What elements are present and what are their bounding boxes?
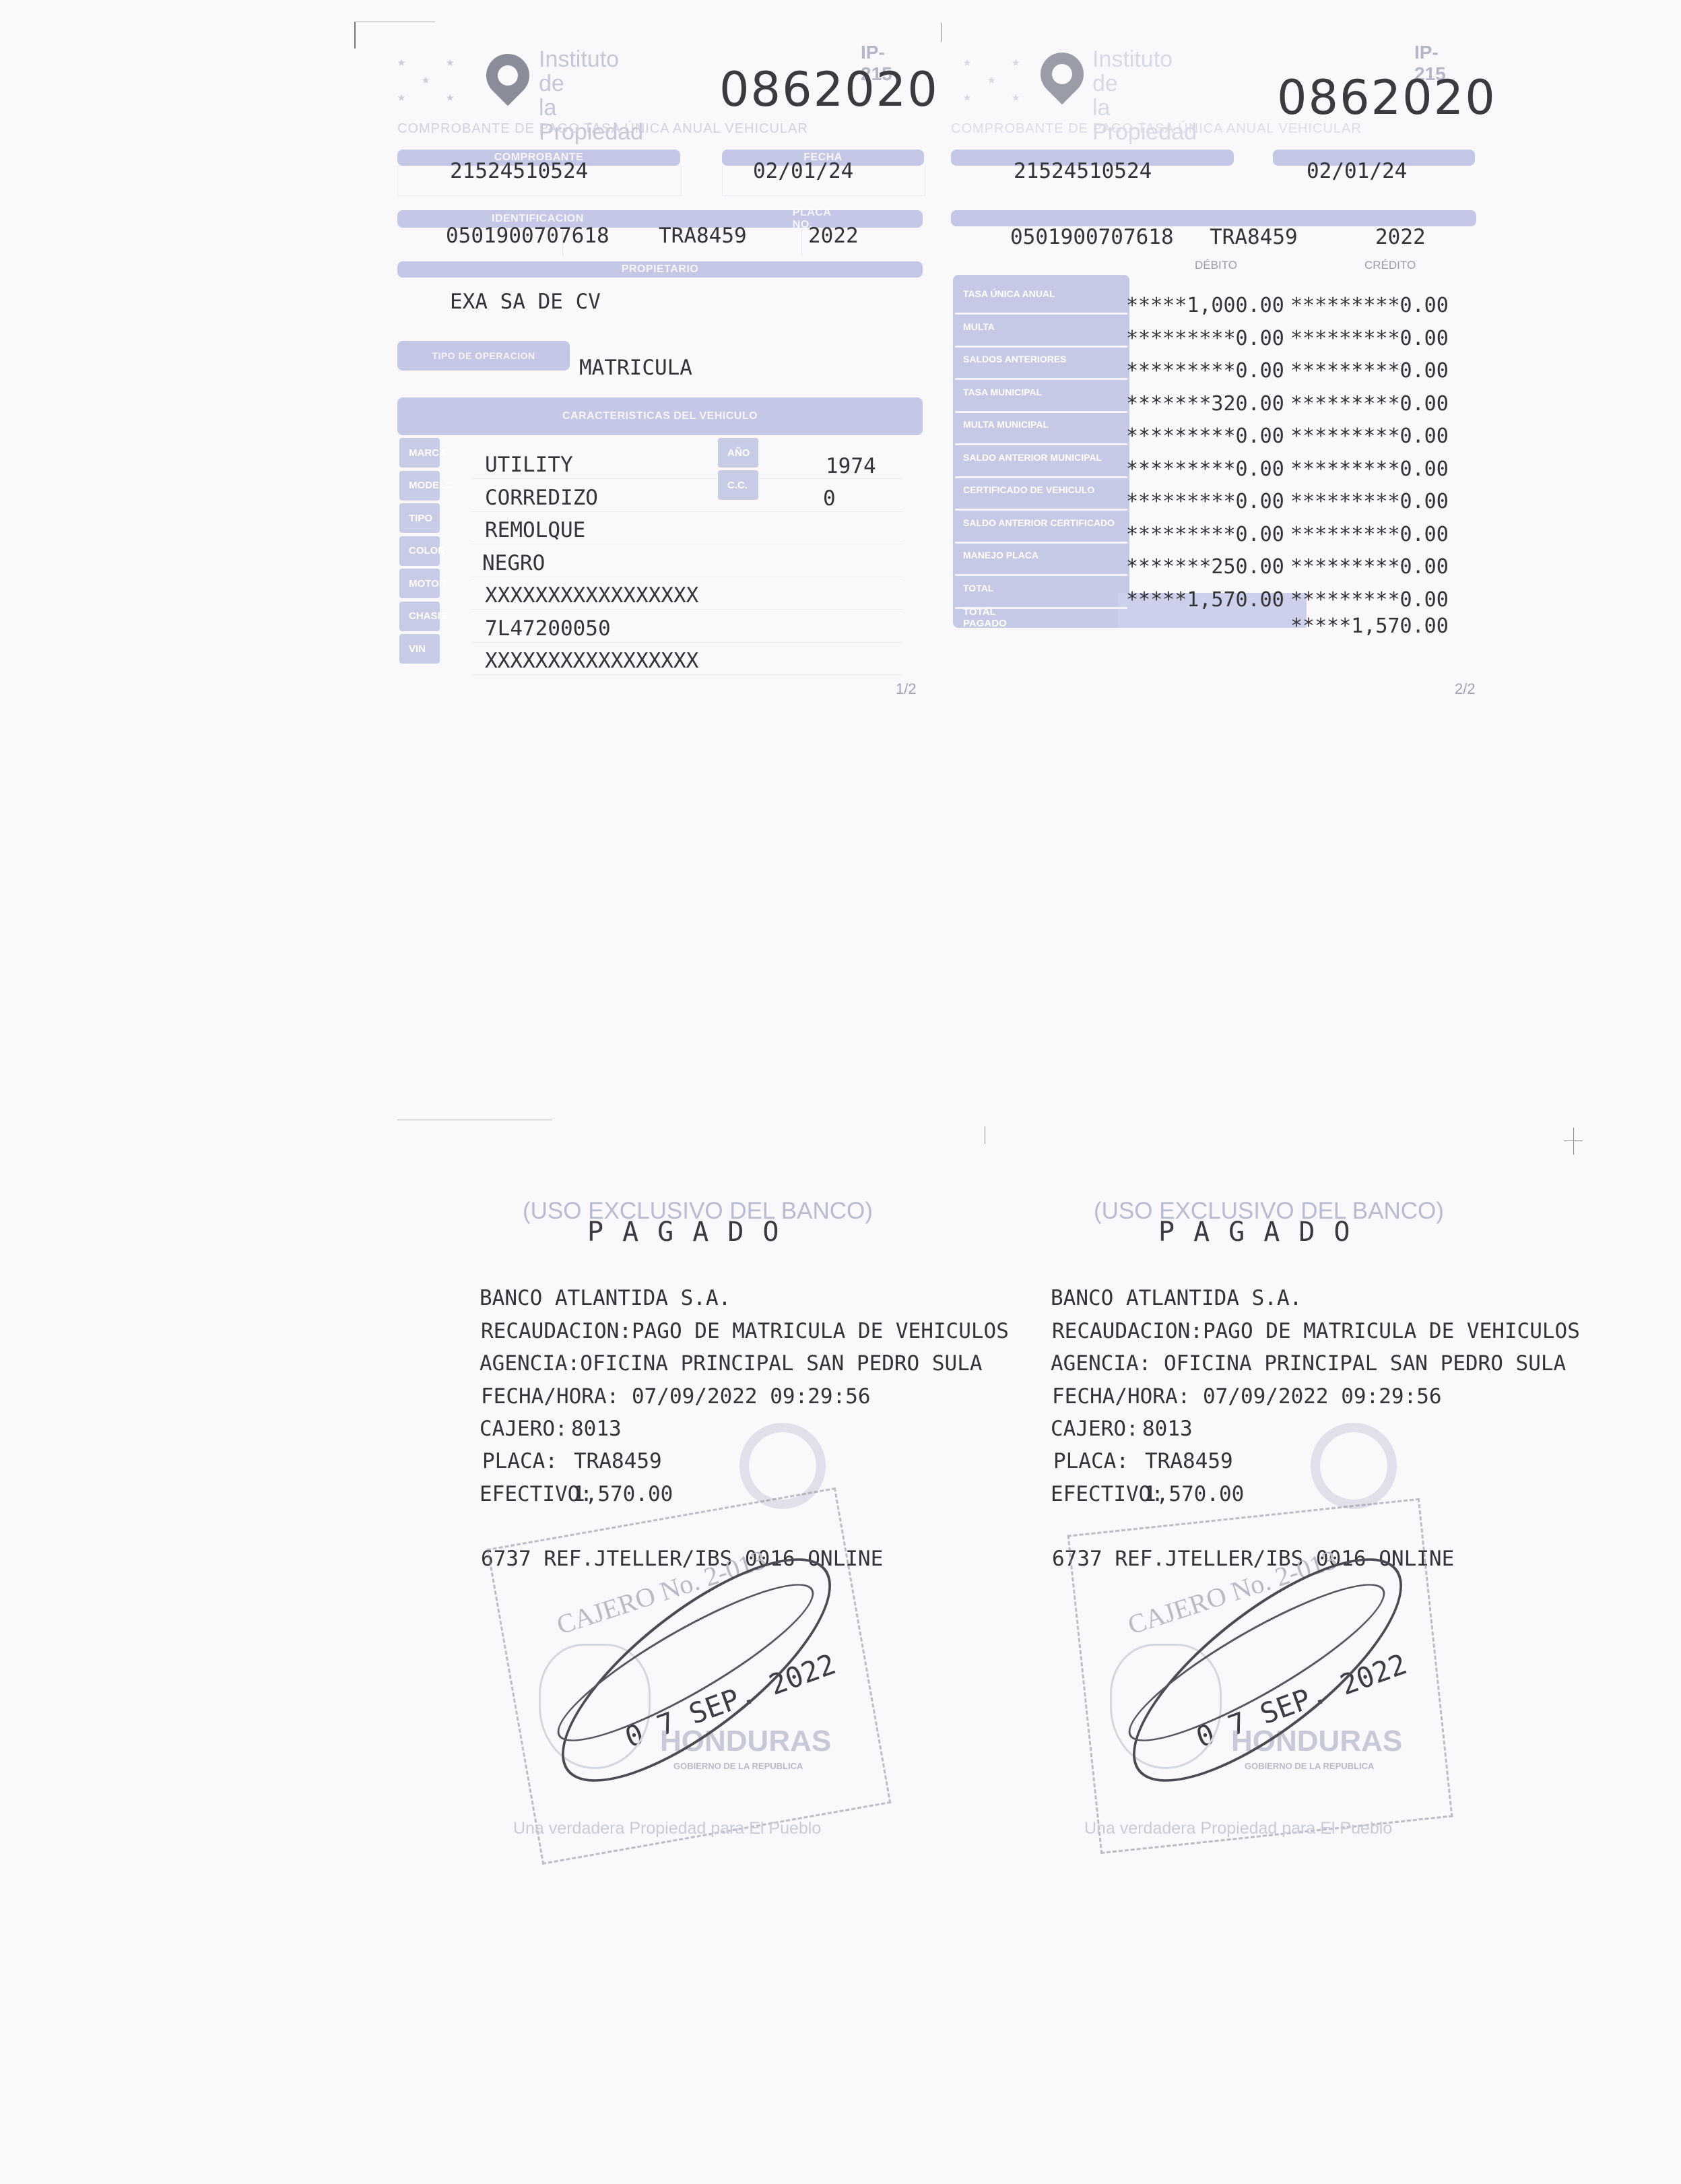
debit-amount: *****1,000.00 xyxy=(1126,294,1284,317)
agencia-line: AGENCIA: OFICINA PRINCIPAL SAN PEDRO SUL… xyxy=(1051,1347,1566,1380)
credit-amount: *********0.00 xyxy=(1290,424,1449,448)
recaudacion-line: RECAUDACION:PAGO DE MATRICULA DE VEHICUL… xyxy=(1052,1315,1580,1348)
placa-label: PLACA: xyxy=(482,1445,558,1478)
credit-amount: *********0.00 xyxy=(1290,392,1449,416)
credit-amount: *********0.00 xyxy=(1290,523,1449,546)
caracteristicas-band: CARACTERISTICAS DEL VEHICULO xyxy=(397,397,923,435)
vehicle-cc-value: 0 xyxy=(823,486,836,511)
propiedad-logo-icon xyxy=(477,45,539,106)
folio-number: 0862020 xyxy=(1277,70,1496,125)
watermark-ring-icon xyxy=(1311,1423,1397,1509)
gobierno-text: GOBIERNO DE LA REPUBLICA xyxy=(673,1761,803,1771)
identificacion-value: 0501900707618 xyxy=(446,224,609,248)
propietario-band: PROPIETARIO xyxy=(397,261,923,278)
placa-value: TRA8459 xyxy=(1145,1445,1233,1478)
crop-mark xyxy=(1564,1141,1583,1141)
vehicle-field-value: XXXXXXXXXXXXXXXXX xyxy=(485,649,698,673)
tipo-operacion-label: TIPO DE OPERACION xyxy=(397,341,570,371)
credit-amount: *********0.00 xyxy=(1290,555,1449,579)
charge-label: MULTA xyxy=(963,321,995,332)
pagado-status: PAGADO xyxy=(587,1217,798,1248)
charge-label: TASA MUNICIPAL xyxy=(963,387,1042,397)
slogan: Una verdadera Propiedad para El Pueblo xyxy=(1084,1819,1392,1838)
debit-amount: *********0.00 xyxy=(1126,490,1284,513)
charge-label: MULTA MUNICIPAL xyxy=(963,419,1049,430)
fecha-hora-line: FECHA/HORA: 07/09/2022 09:29:56 xyxy=(481,1380,871,1413)
debit-amount: *******320.00 xyxy=(1126,392,1284,416)
placa-label: PLACA: xyxy=(1053,1445,1129,1478)
vehicle-anio-value: 1974 xyxy=(826,454,876,478)
crop-mark xyxy=(1573,1128,1574,1155)
crop-mark xyxy=(354,22,356,49)
crop-mark xyxy=(941,23,942,42)
gobierno-text: GOBIERNO DE LA REPUBLICA xyxy=(1245,1761,1374,1771)
recaudacion-line: RECAUDACION:PAGO DE MATRICULA DE VEHICUL… xyxy=(481,1315,1009,1348)
cajero-value: 8013 xyxy=(1142,1413,1193,1446)
vehicle-field-value: REMOLQUE xyxy=(485,518,585,542)
vehicle-field-label: COLOR xyxy=(399,536,440,566)
debit-amount: *********0.00 xyxy=(1126,457,1284,481)
vehicle-field-label: MOTOR xyxy=(399,569,440,598)
vehicle-field-value: NEGRO xyxy=(482,551,545,575)
vehicle-field-label: VIN xyxy=(399,634,440,664)
comprobante-value: 21524510524 xyxy=(450,159,588,183)
total-pagado-label: TOTAL PAGADO xyxy=(963,606,1007,629)
honduras-stars-icon: ★ ★ ★★ ★ xyxy=(963,53,1037,106)
charge-label: SALDO ANTERIOR MUNICIPAL xyxy=(963,452,1102,463)
total-pagado-value: *****1,570.00 xyxy=(1290,614,1449,638)
identificacion-value: 0501900707618 xyxy=(1010,225,1174,249)
debit-amount: *****1,570.00 xyxy=(1126,588,1284,612)
vehicle-field-label: MARCA xyxy=(399,438,440,468)
vehicle-field-value: 7L47200050 xyxy=(485,616,611,641)
charge-label: SALDO ANTERIOR CERTIFICADO xyxy=(963,517,1115,528)
efectivo-value: 1,570.00 xyxy=(572,1478,673,1511)
credit-amount: *********0.00 xyxy=(1290,294,1449,317)
debit-amount: *********0.00 xyxy=(1126,327,1284,350)
crop-mark xyxy=(354,22,435,22)
receipt-subtitle: COMPROBANTE DE PAGO TASA ÚNICA ANUAL VEH… xyxy=(397,121,808,137)
charge-label: MANEJO PLACA xyxy=(963,550,1039,560)
bank-name: BANCO ATLANTIDA S.A. xyxy=(480,1282,731,1315)
fecha-value: 02/01/24 xyxy=(753,159,853,183)
placa-value: TRA8459 xyxy=(574,1445,662,1478)
tipo-operacion-value: MATRICULA xyxy=(579,356,692,380)
receipt-subtitle: COMPROBANTE DE PAGO TASA ÚNICA ANUAL VEH… xyxy=(951,121,1362,137)
debit-amount: *********0.00 xyxy=(1126,359,1284,383)
charge-label: TOTAL xyxy=(963,583,993,593)
debit-amount: *******250.00 xyxy=(1126,555,1284,579)
credit-header: CRÉDITO xyxy=(1364,259,1416,272)
cajero-label: CAJERO: xyxy=(480,1413,568,1446)
credit-amount: *********0.00 xyxy=(1290,457,1449,481)
debit-amount: *********0.00 xyxy=(1126,523,1284,546)
vehicle-field-value: CORREDIZO xyxy=(485,486,598,510)
folio-number: 0862020 xyxy=(719,62,939,117)
honduras-stars-icon: ★ ★ ★★ ★ xyxy=(397,53,471,106)
agencia-line: AGENCIA:OFICINA PRINCIPAL SAN PEDRO SULA xyxy=(480,1347,983,1380)
vehicle-field-label: TIPO xyxy=(399,503,440,533)
debit-header: DÉBITO xyxy=(1195,259,1237,272)
cajero-value: 8013 xyxy=(571,1413,622,1446)
vehicle-field-value: UTILITY xyxy=(485,453,573,477)
crop-mark xyxy=(397,1120,552,1120)
cajero-label: CAJERO: xyxy=(1051,1413,1139,1446)
anio-side-label: AÑO xyxy=(718,438,758,468)
credit-amount: *********0.00 xyxy=(1290,490,1449,513)
charge-label: TASA ÚNICA ANUAL xyxy=(963,288,1055,299)
vehicle-field-value: XXXXXXXXXXXXXXXXX xyxy=(485,583,698,608)
bank-name: BANCO ATLANTIDA S.A. xyxy=(1051,1282,1302,1315)
charge-label: SALDOS ANTERIORES xyxy=(963,354,1067,364)
cc-side-label: C.C. xyxy=(718,470,758,500)
anio-value: 2022 xyxy=(1375,225,1426,249)
pagado-status: PAGADO xyxy=(1158,1217,1369,1248)
debit-amount: *********0.00 xyxy=(1126,424,1284,448)
page-indicator-1: 1/2 xyxy=(896,680,917,698)
vehicle-field-label: MODELO xyxy=(399,471,440,501)
slogan: Una verdadera Propiedad para El Pueblo xyxy=(513,1819,821,1838)
anio-value: 2022 xyxy=(808,224,859,248)
credit-amount: *********0.00 xyxy=(1290,359,1449,383)
propietario-value: EXA SA DE CV xyxy=(450,290,601,314)
placa-value: TRA8459 xyxy=(659,224,747,248)
vehicle-field-label: CHASIS xyxy=(399,602,440,631)
fecha-hora-line: FECHA/HORA: 07/09/2022 09:29:56 xyxy=(1052,1380,1442,1413)
credit-amount: *********0.00 xyxy=(1290,588,1449,612)
efectivo-value: 1,570.00 xyxy=(1144,1478,1244,1511)
charge-label: CERTIFICADO DE VEHICULO xyxy=(963,484,1094,495)
crop-mark xyxy=(985,1126,985,1144)
placa-value: TRA8459 xyxy=(1210,225,1298,249)
propiedad-logo-icon xyxy=(1032,44,1093,105)
fecha-value: 02/01/24 xyxy=(1307,159,1407,183)
page-indicator-2: 2/2 xyxy=(1455,680,1476,698)
comprobante-value: 21524510524 xyxy=(1014,159,1152,183)
credit-amount: *********0.00 xyxy=(1290,327,1449,350)
